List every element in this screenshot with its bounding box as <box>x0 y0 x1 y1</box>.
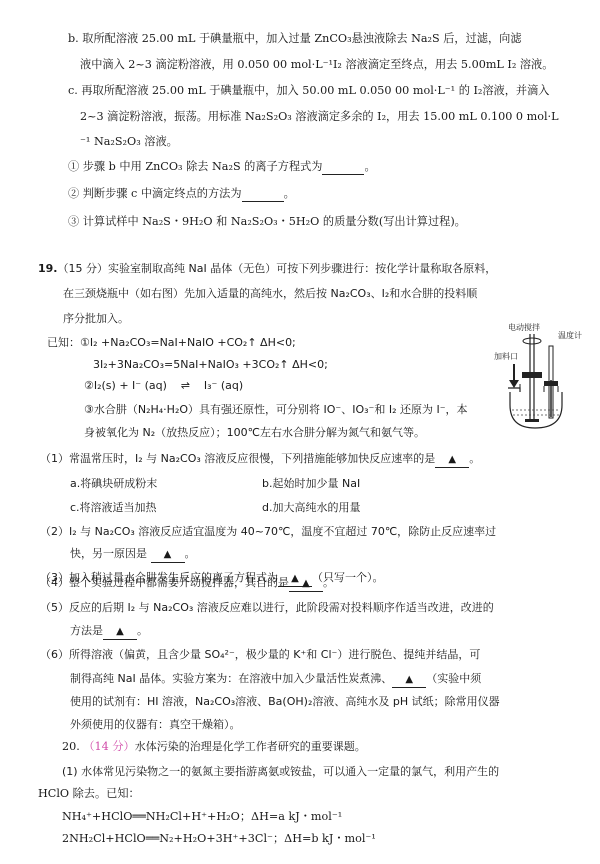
question-title: 水体污染的治理是化学工作者研究的重要课题。 <box>135 740 366 753</box>
question-text: ② 判断步骤 c 中滴定终点的方法为 <box>68 187 242 200</box>
sub6-text: 制得高纯 NaI 晶体。实验方案为：在溶液中加入少量活性炭煮沸、 <box>70 672 392 685</box>
question-score: （15 分） <box>58 262 109 275</box>
known-label: 已知： <box>47 336 80 349</box>
thermometer-label: 温度计 <box>558 330 582 340</box>
question-19-sub6-line4: 外须使用的仪器有：真空干燥箱）。 <box>70 718 241 732</box>
question-19-intro-line1: 19.（15 分）实验室制取高纯 NaI 晶体（无色）可按下列步骤进行：按化学计… <box>38 262 496 276</box>
answer-blank[interactable]: ▲ <box>392 673 426 688</box>
question-20-title-line: 20. （14 分）水体污染的治理是化学工作者研究的重要课题。 <box>62 740 366 754</box>
answer-blank[interactable]: ▲ <box>289 577 323 592</box>
known-3-line2: 身被氧化为 N₂（放热反应）；100℃左右水合肼分解为氮气和氨气等。 <box>84 426 425 440</box>
question-19-intro-line3: 序分批加入。 <box>63 312 129 326</box>
answer-blank[interactable]: ▲ <box>103 625 137 640</box>
question-19-sub2-line1: （2）I₂ 与 Na₂CO₃ 溶液反应适宜温度为 40~70℃，温度不宜超过 7… <box>40 525 496 539</box>
answer-blank[interactable]: ▲ <box>151 548 185 563</box>
step-b-line1: b. 取所配溶液 25.00 mL 于碘量瓶中，加入过量 ZnCO₃悬浊液除去 … <box>68 32 522 46</box>
known-equation-2: ②I₂(s) + I⁻ (aq) ⇌ I₃⁻ (aq) <box>84 379 243 393</box>
intro-text: 实验室制取高纯 NaI 晶体（无色）可按下列步骤进行：按化学计量称取各原料， <box>108 262 496 275</box>
sub2-text: 快，另一原因是 <box>70 547 147 560</box>
question-18-part3: ③ 计算试样中 Na₂S・9H₂O 和 Na₂S₂O₃・5H₂O 的质量分数(写… <box>68 215 466 229</box>
inlet-label: 加料口 <box>494 351 518 361</box>
question-number: 20. <box>62 740 80 753</box>
option-a: a.将碘块研成粉末 <box>70 477 157 491</box>
question-19-sub6-line2: 制得高纯 NaI 晶体。实验方案为：在溶液中加入少量活性炭煮沸、▲（实验中须 <box>70 672 481 688</box>
answer-blank[interactable] <box>242 187 284 202</box>
question-19-sub5-line1: （5）反应的后期 I₂ 与 Na₂CO₃ 溶液反应难以进行，此阶段需对投料顺序作… <box>40 601 494 615</box>
option-c: c.将溶液适当加热 <box>70 501 157 515</box>
known-3-line1: ③水合肼（N₂H₄·H₂O）具有强还原性，可分别将 IO⁻、IO₃⁻和 I₂ 还… <box>84 403 468 417</box>
step-c-line3: ⁻¹ Na₂S₂O₃ 溶液。 <box>80 135 178 149</box>
flask-apparatus-icon: 电动搅拌 温度计 加料口 <box>470 310 600 430</box>
option-d: d.加大高纯水的用量 <box>262 501 360 515</box>
sub5-text: 方法是 <box>70 624 103 637</box>
question-end: 。 <box>364 160 375 173</box>
sub1-text: （1）常温常压时，I₂ 与 Na₂CO₃ 溶液反应很慢，下列措施能够加快反应速率… <box>40 452 435 465</box>
sub5-end: 。 <box>137 624 148 637</box>
step-c-line2: 2~3 滴淀粉溶液，振荡。用标准 Na₂S₂O₃ 溶液滴定多余的 I₂，用去 1… <box>80 110 559 124</box>
answer-blank[interactable] <box>322 160 364 175</box>
question-text: ① 步骤 b 中用 ZnCO₃ 除去 Na₂S 的离子方程式为 <box>68 160 322 173</box>
step-c-line1: c. 再取所配溶液 25.00 mL 于碘量瓶中，加入 50.00 mL 0.0… <box>68 84 549 98</box>
question-18-part1: ① 步骤 b 中用 ZnCO₃ 除去 Na₂S 的离子方程式为 。 <box>68 160 376 175</box>
question-20-p1-line1: (1) 水体常见污染物之一的氨氮主要指游离氨或铵盐，可以通入一定量的氯气，利用产… <box>62 765 499 779</box>
question-19-intro-line2: 在三颈烧瓶中（如右图）先加入适量的高纯水，然后按 Na₂CO₃、I₂和水合肼的投… <box>63 287 477 301</box>
option-b: b.起始时加少量 NaI <box>262 477 360 491</box>
question-19-sub5-line2: 方法是▲。 <box>70 624 148 640</box>
step-b-line2: 液中滴入 2~3 滴淀粉溶液，用 0.050 00 mol·L⁻¹I₂ 溶液滴定… <box>80 58 553 72</box>
known-line-1a: 已知：①I₂ +Na₂CO₃=NaI+NaIO +CO₂↑ ΔH<0; <box>47 336 296 350</box>
sub4-text: （4）整个实验过程中都需要开动搅拌器，其目的是 <box>40 576 289 589</box>
sub6-text-cont: （实验中须 <box>426 672 481 685</box>
sub4-end: 。 <box>323 576 334 589</box>
sub2-end: 。 <box>185 547 196 560</box>
question-19-sub6-line3: 使用的试剂有：HI 溶液，Na₂CO₃溶液、Ba(OH)₂溶液、高纯水及 pH … <box>70 695 500 709</box>
question-20-p1-line2: HClO 除去。已知： <box>38 787 140 801</box>
known-equation-1b: 3I₂+3Na₂CO₃=5NaI+NaIO₃ +3CO₂↑ ΔH<0; <box>93 358 328 372</box>
sub1-end: 。 <box>469 452 480 465</box>
equation-2: 2NH₂Cl+HClO══N₂+H₂O+3H⁺+3Cl⁻；ΔH=b kJ・mol… <box>62 832 376 846</box>
equation-1: NH₄⁺+HClO══NH₂Cl+H⁺+H₂O；ΔH=a kJ・mol⁻¹ <box>62 810 342 824</box>
question-number: 19. <box>38 262 58 275</box>
equation-left: ②I₂(s) + I⁻ (aq) <box>84 379 167 392</box>
question-19-sub6-line1: （6）所得溶液（偏黄，且含少量 SO₄²⁻，极少量的 K⁺和 Cl⁻）进行脱色、… <box>40 648 480 662</box>
question-19-sub1: （1）常温常压时，I₂ 与 Na₂CO₃ 溶液反应很慢，下列措施能够加快反应速率… <box>40 452 480 468</box>
question-end: 。 <box>284 187 295 200</box>
question-19-sub2-line2: 快，另一原因是 ▲。 <box>70 547 196 563</box>
three-neck-flask-diagram: 电动搅拌 温度计 加料口 <box>470 310 600 430</box>
equilibrium-arrow-icon: ⇌ <box>170 379 200 393</box>
question-score: （14 分） <box>83 740 134 753</box>
question-18-part2: ② 判断步骤 c 中滴定终点的方法为 。 <box>68 187 295 202</box>
answer-blank[interactable]: ▲ <box>435 453 469 468</box>
stirrer-label: 电动搅拌 <box>508 322 540 332</box>
question-19-sub4: （4）整个实验过程中都需要开动搅拌器，其目的是▲。 <box>40 576 334 592</box>
known-equation-1a: ①I₂ +Na₂CO₃=NaI+NaIO +CO₂↑ ΔH<0; <box>80 336 296 349</box>
equation-right: I₃⁻ (aq) <box>204 379 243 392</box>
